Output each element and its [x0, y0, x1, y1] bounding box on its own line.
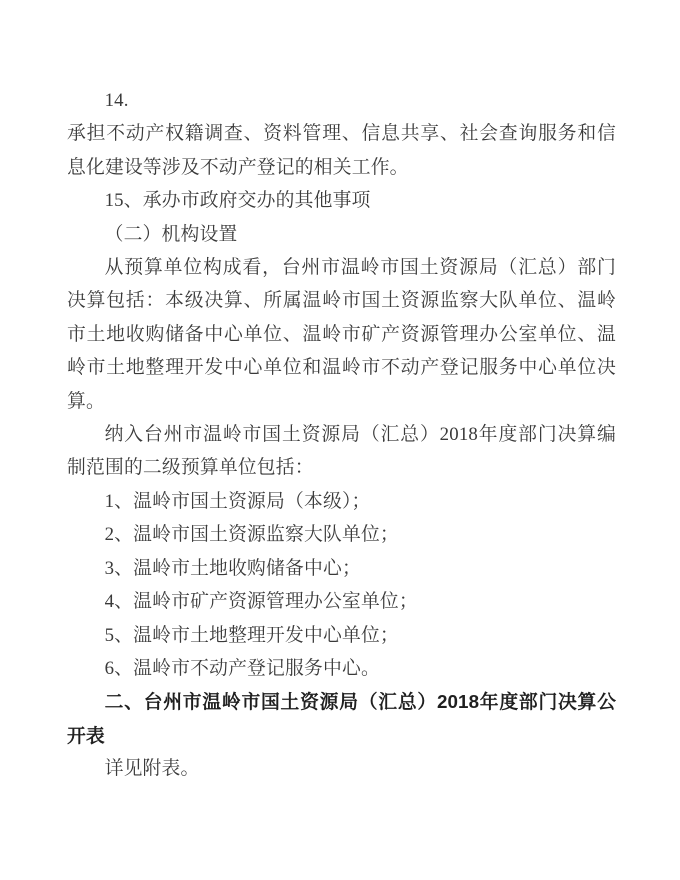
section-heading-organization-setup: （二）机构设置 [67, 218, 616, 251]
list-item-unit-2: 2、温岭市国土资源监察大队单位； [67, 518, 616, 551]
document-content: 14. 承担不动产权籍调查、资料管理、信息共享、社会查询服务和信息化建设等涉及不… [67, 84, 616, 786]
paragraph-budget-unit-composition: 从预算单位构成看，台州市温岭市国土资源局（汇总）部门决算包括：本级决算、所属温岭… [67, 251, 616, 418]
document-page: 14. 承担不动产权籍调查、资料管理、信息共享、社会查询服务和信息化建设等涉及不… [0, 0, 680, 880]
list-item-unit-6: 6、温岭市不动产登记服务中心。 [67, 652, 616, 685]
item-15-duty-text: 15、承办市政府交办的其他事项 [67, 184, 616, 217]
see-attached-tables-note: 详见附表。 [67, 752, 616, 785]
list-item-unit-5: 5、温岭市土地整理开发中心单位； [67, 619, 616, 652]
paragraph-secondary-budget-units-intro: 纳入台州市温岭市国土资源局（汇总）2018年度部门决算编制范围的二级预算单位包括… [67, 418, 616, 485]
list-item-unit-1: 1、温岭市国土资源局（本级）； [67, 485, 616, 518]
list-item-unit-4: 4、温岭市矿产资源管理办公室单位； [67, 585, 616, 618]
item-14-number: 14. [67, 84, 616, 117]
list-item-unit-3: 3、温岭市土地收购储备中心； [67, 552, 616, 585]
section-2-heading-public-disclosure-tables: 二、台州市温岭市国土资源局（汇总）2018年度部门决算公开表 [67, 685, 616, 752]
item-14-duty-text: 承担不动产权籍调查、资料管理、信息共享、社会查询服务和信息化建设等涉及不动产登记… [67, 117, 616, 184]
